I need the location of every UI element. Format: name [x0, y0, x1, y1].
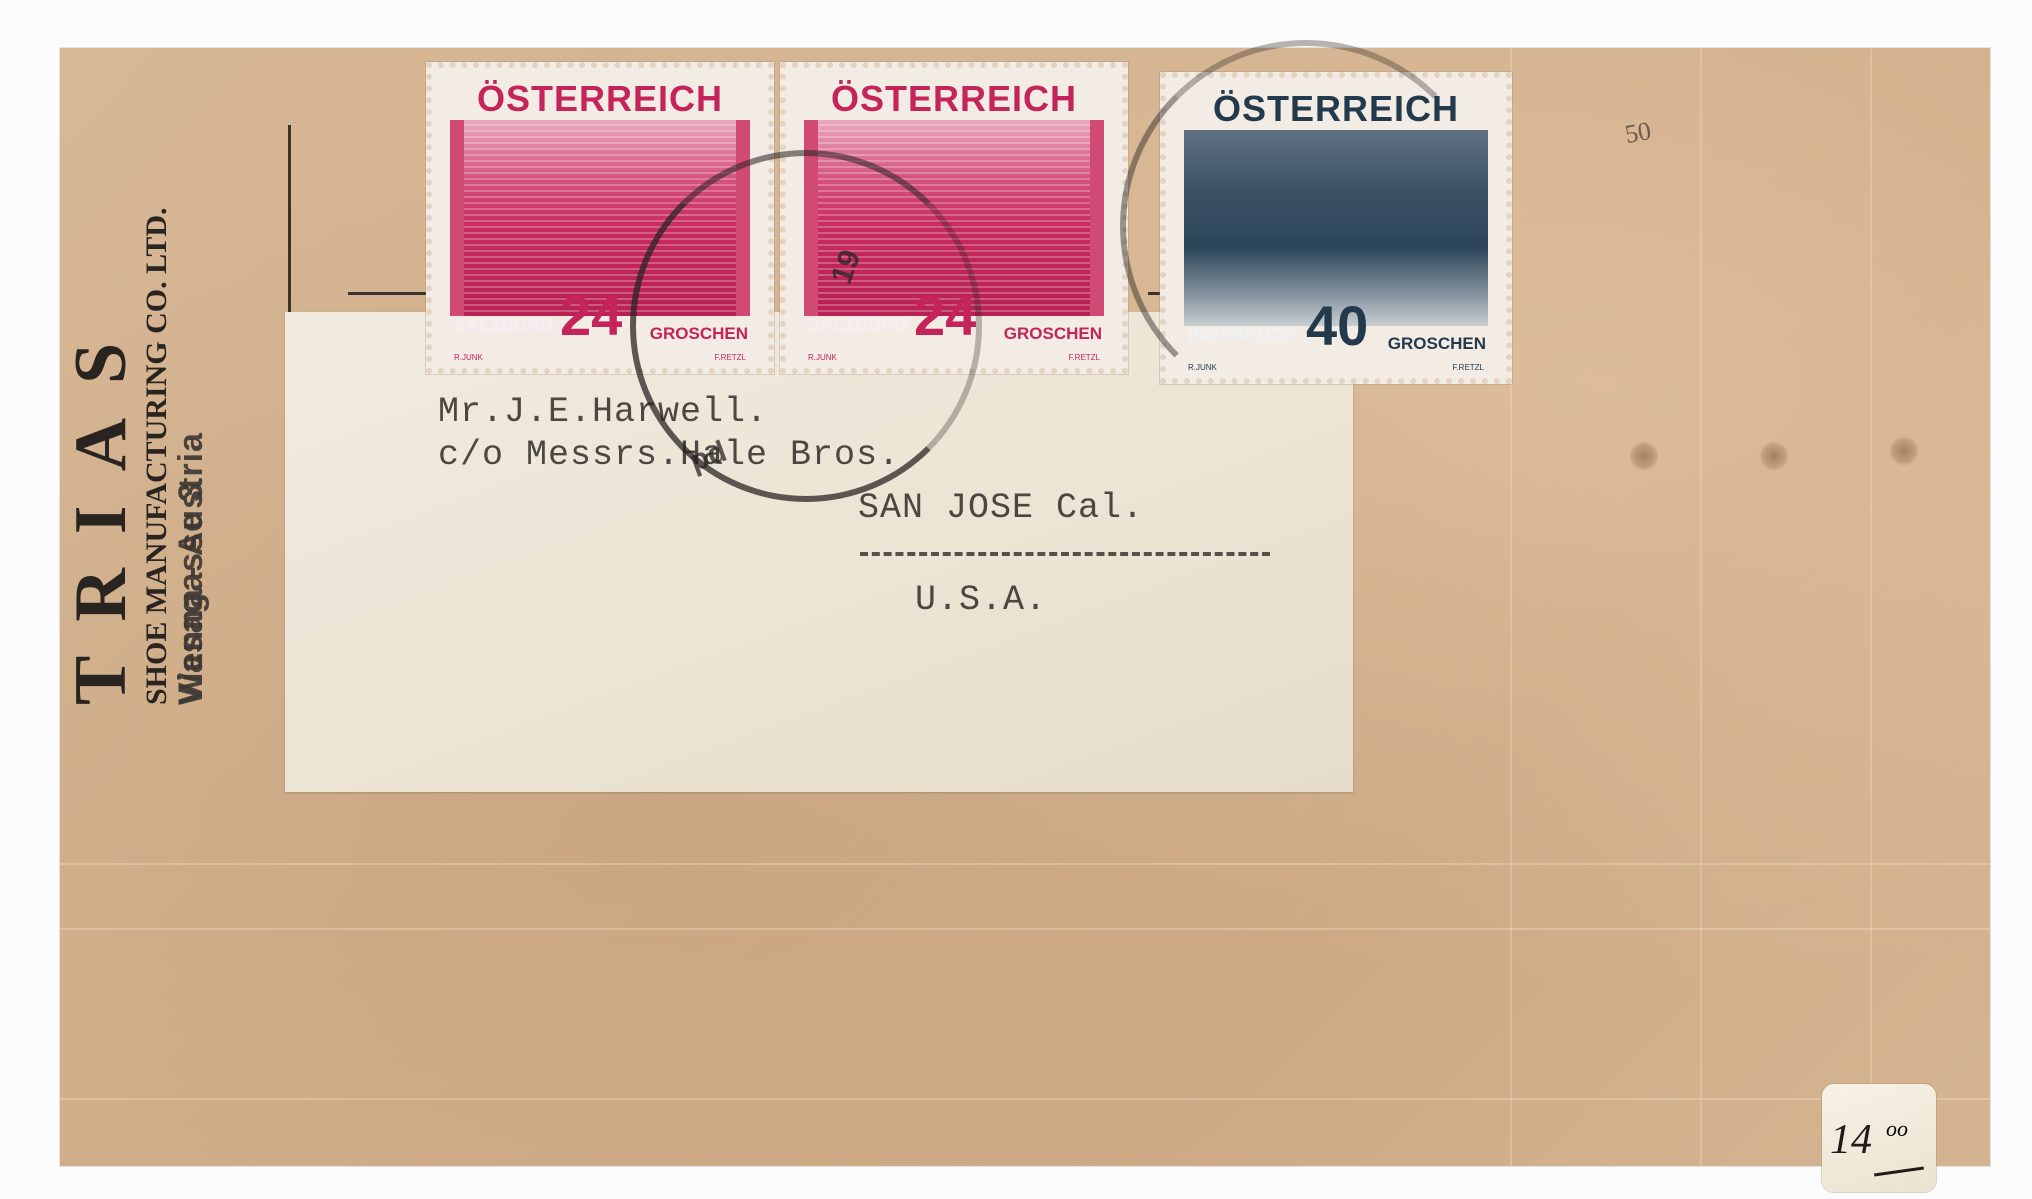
stamp-country: ÖSTERREICH [446, 78, 754, 120]
filing-hole [1760, 440, 1788, 472]
stamp-currency: GROSCHEN [1004, 324, 1102, 344]
paper-crease [1870, 48, 1872, 1166]
address-line-country: U.S.A. [915, 580, 1047, 620]
address-dashes [860, 552, 1270, 556]
postmark-circle [630, 150, 982, 502]
stamp-value: 24 [560, 283, 622, 348]
stamp-place: SALZBURG [454, 315, 554, 336]
sender-city: Vienna - Austria [174, 432, 208, 705]
postmark-circle [1120, 40, 1492, 412]
sender-imprint: TRIAS SHOE MANUFACTURING CO. LTD. Wasaga… [62, 207, 174, 705]
address-line-city: SAN JOSE Cal. [858, 488, 1144, 528]
price-tag: 14 oo [1822, 1084, 1936, 1192]
filing-hole [1890, 435, 1918, 467]
printed-rule [348, 292, 428, 295]
stamp-engraver: R.JUNK [454, 353, 483, 362]
stamp-engraver: F.RETZL [1452, 363, 1484, 372]
price-underline [1874, 1167, 1924, 1177]
price-value: 14 [1830, 1116, 1872, 1164]
sender-company: SHOE MANUFACTURING CO. LTD. [140, 207, 174, 705]
paper-crease [1700, 48, 1702, 1166]
pencil-notation: 50 [1623, 116, 1654, 150]
stamp-engraver: F.RETZL [1068, 353, 1100, 362]
stamp-country: ÖSTERREICH [800, 78, 1108, 120]
filing-hole [1630, 440, 1658, 472]
sender-brand: TRIAS [62, 207, 140, 705]
